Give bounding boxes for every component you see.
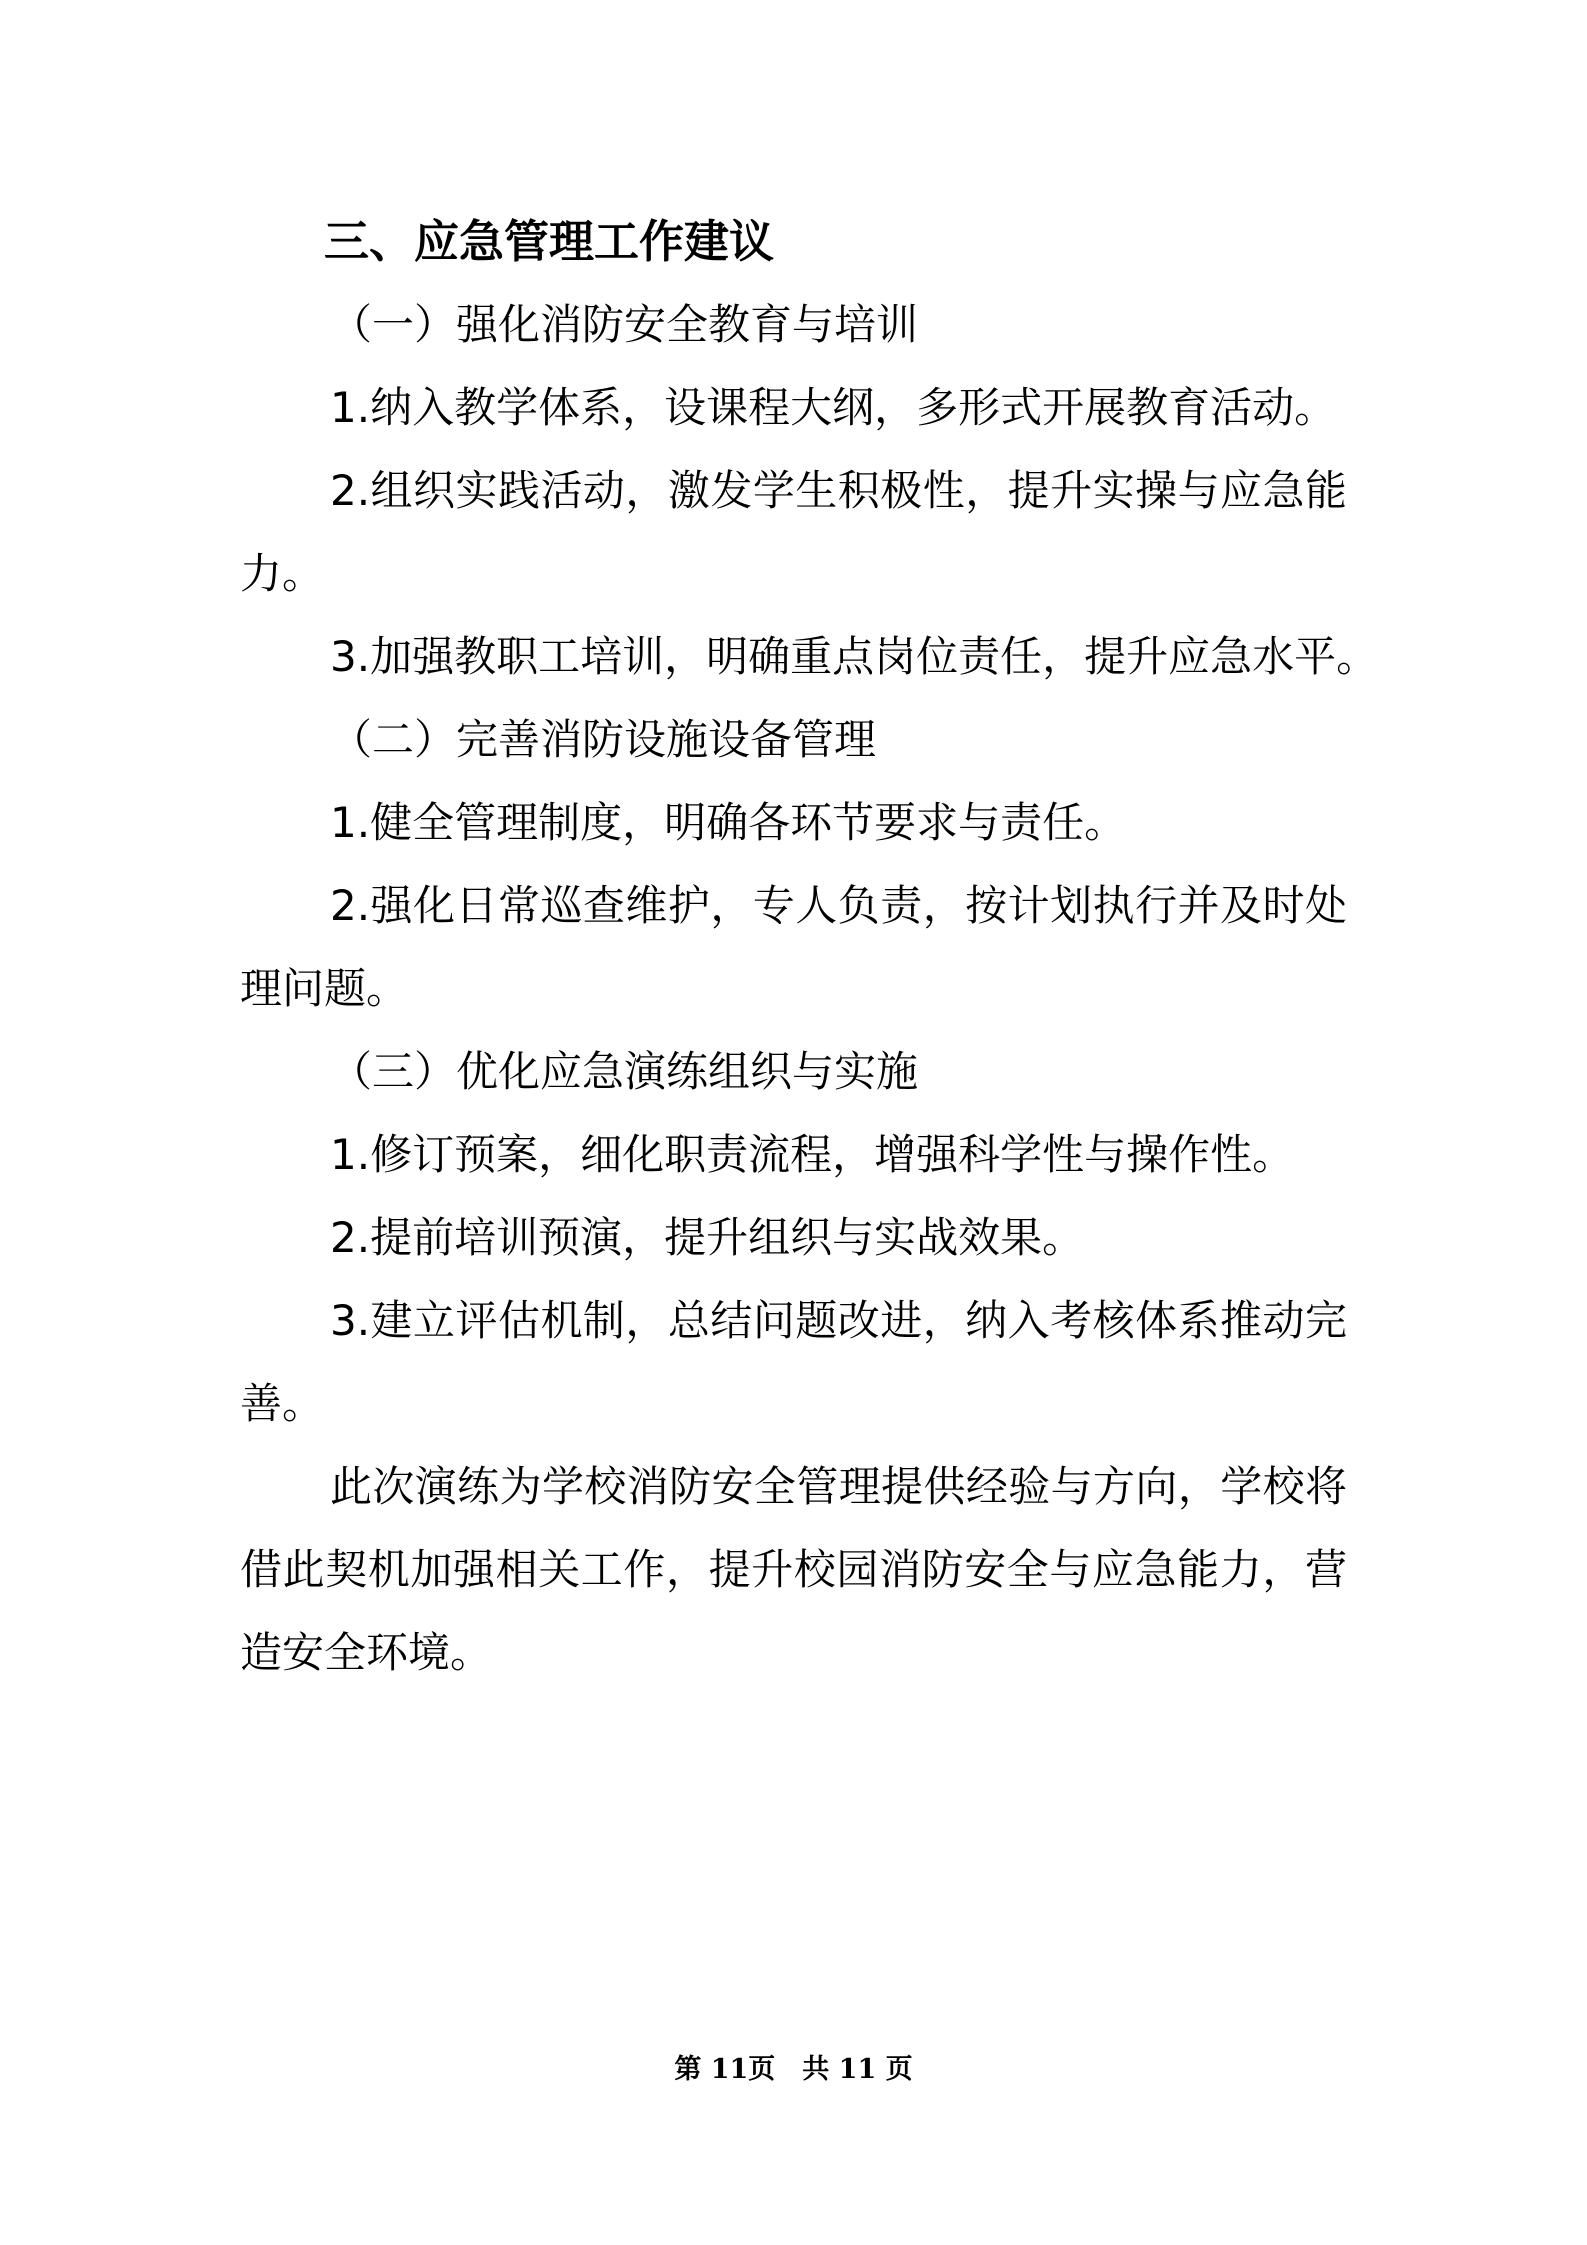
text-line: 理问题。: [240, 947, 1347, 1030]
text-line: （一）强化消防安全教育与培训: [240, 283, 1347, 366]
paragraph-body: 1.纳入教学体系，设课程大纲，多形式开展教育活动。: [240, 366, 1347, 449]
paragraph-body: 此次演练为学校消防安全管理提供经验与方向，学校将借此契机加强相关工作，提升校园消…: [240, 1445, 1347, 1694]
text-line: 3.加强教职工培训，明确重点岗位责任，提升应急水平。: [240, 615, 1347, 698]
text-line: 此次演练为学校消防安全管理提供经验与方向，学校将: [240, 1445, 1347, 1528]
text-line: 2.强化日常巡查维护，专人负责，按计划执行并及时处: [240, 864, 1347, 947]
text-line: 2.组织实践活动，激发学生积极性，提升实操与应急能: [240, 449, 1347, 532]
text-line: 1.修订预案，细化职责流程，增强科学性与操作性。: [240, 1113, 1347, 1196]
paragraph-body: 3.加强教职工培训，明确重点岗位责任，提升应急水平。: [240, 615, 1347, 698]
text-line: 三、应急管理工作建议: [240, 200, 1347, 283]
text-line: 善。: [240, 1362, 1347, 1445]
text-line: （二）完善消防设施设备管理: [240, 698, 1347, 781]
text-line: 借此契机加强相关工作，提升校园消防安全与应急能力，营: [240, 1528, 1347, 1611]
paragraph-subheading: （二）完善消防设施设备管理: [240, 698, 1347, 781]
paragraph-body: 1.健全管理制度，明确各环节要求与责任。: [240, 781, 1347, 864]
text-line: 2.提前培训预演，提升组织与实战效果。: [240, 1196, 1347, 1279]
paragraph-heading: 三、应急管理工作建议: [240, 200, 1347, 283]
document-body: 三、应急管理工作建议（一）强化消防安全教育与培训1.纳入教学体系，设课程大纲，多…: [240, 200, 1347, 1694]
paragraph-body: 1.修订预案，细化职责流程，增强科学性与操作性。: [240, 1113, 1347, 1196]
text-line: （三）优化应急演练组织与实施: [240, 1030, 1347, 1113]
paragraph-body: 2.强化日常巡查维护，专人负责，按计划执行并及时处理问题。: [240, 864, 1347, 1030]
text-line: 1.健全管理制度，明确各环节要求与责任。: [240, 781, 1347, 864]
paragraph-subheading: （三）优化应急演练组织与实施: [240, 1030, 1347, 1113]
page-footer: 第 11页 共 11 页: [0, 2050, 1587, 2090]
paragraph-body: 2.组织实践活动，激发学生积极性，提升实操与应急能力。: [240, 449, 1347, 615]
text-line: 3.建立评估机制，总结问题改进，纳入考核体系推动完: [240, 1279, 1347, 1362]
text-line: 造安全环境。: [240, 1611, 1347, 1694]
document-page: 三、应急管理工作建议（一）强化消防安全教育与培训1.纳入教学体系，设课程大纲，多…: [0, 0, 1587, 2245]
paragraph-subheading: （一）强化消防安全教育与培训: [240, 283, 1347, 366]
page-number-label: 第 11页 共 11 页: [674, 2054, 912, 2085]
text-line: 1.纳入教学体系，设课程大纲，多形式开展教育活动。: [240, 366, 1347, 449]
text-line: 力。: [240, 532, 1347, 615]
paragraph-body: 2.提前培训预演，提升组织与实战效果。: [240, 1196, 1347, 1279]
paragraph-body: 3.建立评估机制，总结问题改进，纳入考核体系推动完善。: [240, 1279, 1347, 1445]
